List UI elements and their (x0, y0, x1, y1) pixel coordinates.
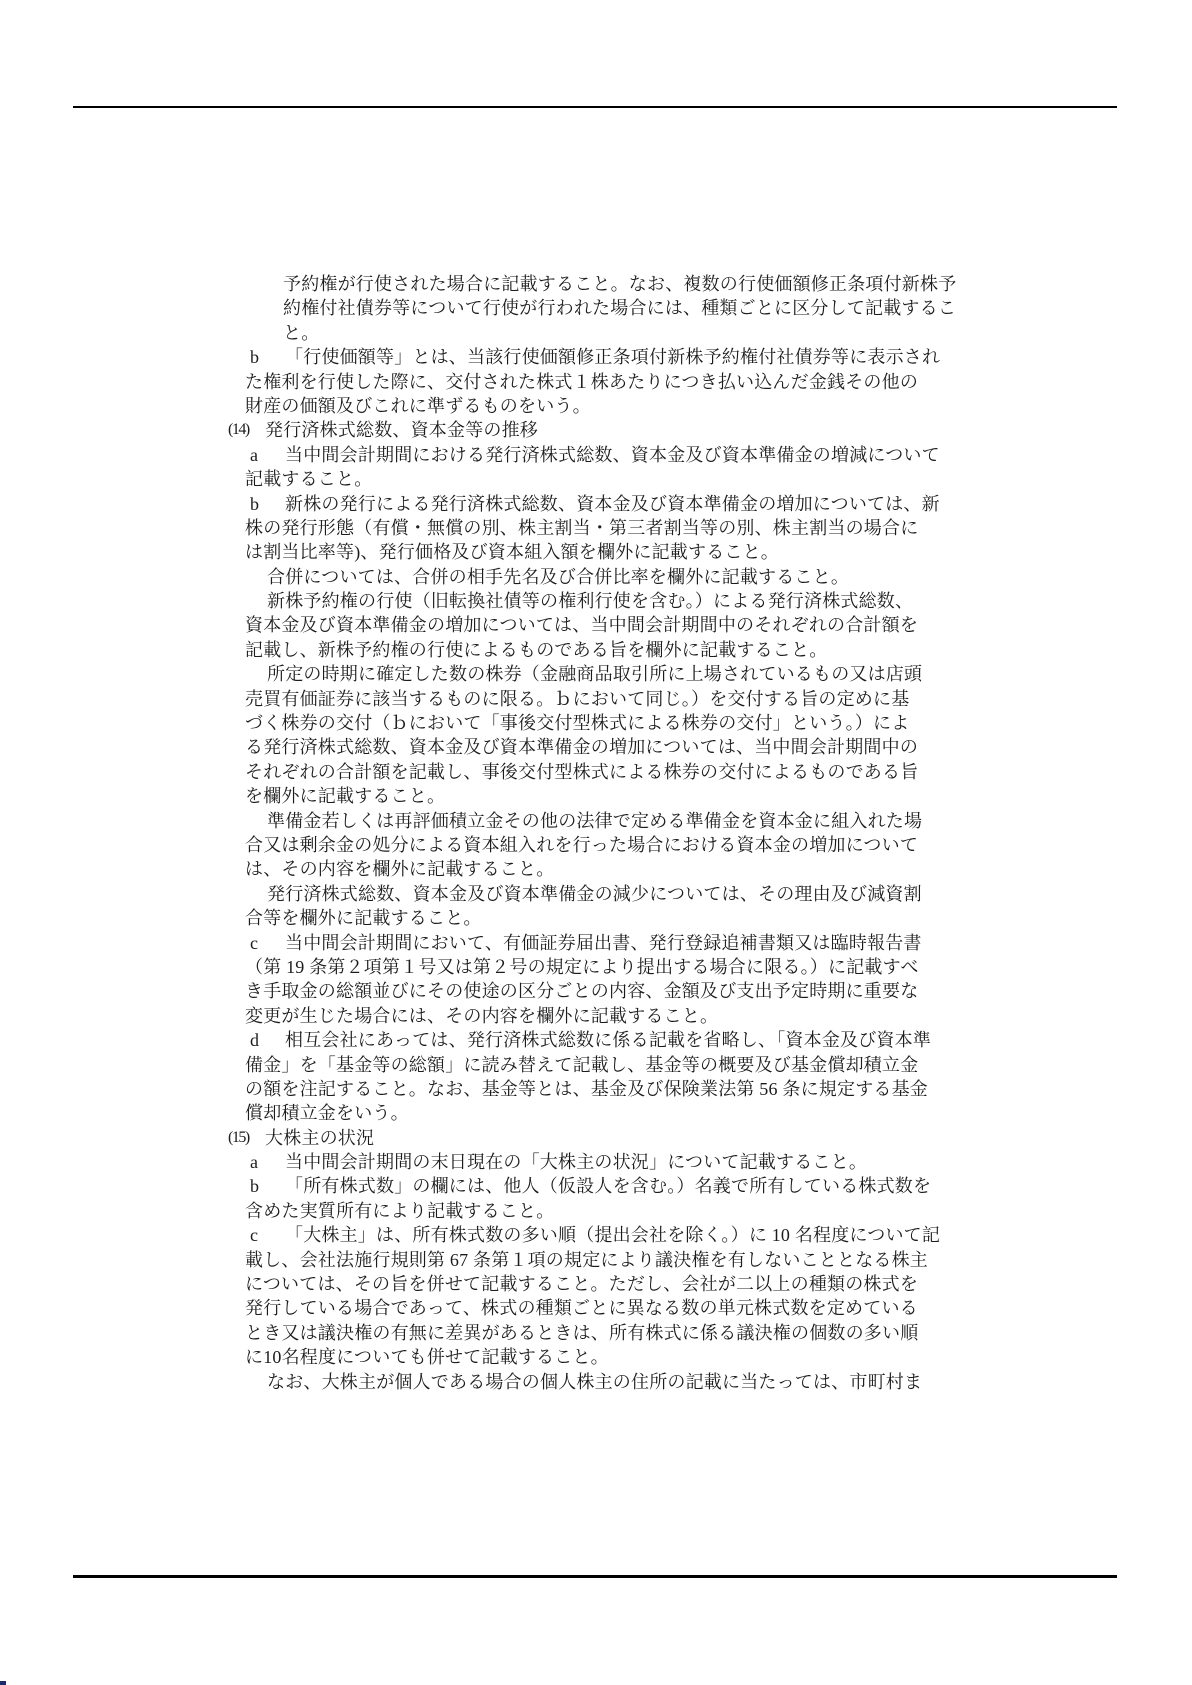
text-line: 株の発行形態（有償・無償の別、株主割当・第三者割当等の別、株主割当の場合に (245, 516, 1192, 540)
text-line: 変更が生じた場合には、その内容を欄外に記載すること。 (245, 1004, 1192, 1028)
text-line: 所定の時期に確定した数の株券（金融商品取引所に上場されているもの又は店頭 (267, 662, 1192, 686)
line-text: 「行使価額等」とは、当該行使価額修正条項付新株予約権付社債券等に表示され (285, 347, 940, 367)
text-line: き手取金の総額並びにその使途の区分ごとの内容、金額及び支出予定時期に重要な (245, 979, 1192, 1003)
line-text: 当中間会計期間における発行済株式総数、資本金及び資本準備金の増減について (285, 445, 940, 465)
text-line: 新株予約権の行使（旧転換社債等の権利行使を含む。）による発行済株式総数、 (267, 589, 1192, 613)
text-line: た権利を行使した際に、交付された株式１株あたりにつき払い込んだ金銭その他の (245, 370, 1192, 394)
text-line: と。 (283, 321, 1192, 345)
text-line: 予約権が行使された場合に記載すること。なお、複数の行使価額修正条項付新株予 (283, 272, 1192, 296)
text-line: それぞれの合計額を記載し、事後交付型株式による株券の交付によるものである旨 (245, 760, 1192, 784)
item-letter-marker: b (250, 492, 259, 516)
line-text: 新株の発行による発行済株式総数、資本金及び資本準備金の増加については、新 (285, 494, 940, 514)
item-letter-marker: c (250, 931, 258, 955)
page-top-rule (73, 106, 1117, 108)
section-heading: (14)発行済株式総数、資本金等の推移 (265, 418, 1192, 442)
text-line: 約権付社債券等について行使が行われた場合には、種類ごとに区分して記載するこ (283, 296, 1192, 320)
text-line: 記載し、新株予約権の行使によるものである旨を欄外に記載すること。 (245, 638, 1192, 662)
scan-artifact (0, 1681, 6, 1685)
text-line: 売買有価証券に該当するものに限る。ｂにおいて同じ。）を交付する旨の定めに基 (245, 687, 1192, 711)
text-line: とき又は議決権の有無に差異があるときは、所有株式に係る議決権の個数の多い順 (245, 1321, 1192, 1345)
section-number-marker: (14) (228, 418, 249, 442)
text-line: 記載すること。 (245, 467, 1192, 491)
text-line: 準備金若しくは再評価積立金その他の法律で定める準備金を資本金に組入れた場 (267, 809, 1192, 833)
section-title-text: 発行済株式総数、資本金等の推移 (265, 420, 538, 440)
text-line: 合又は剰余金の処分による資本組入れを行った場合における資本金の増加について (245, 833, 1192, 857)
line-text: 「所有株式数」の欄には、他人（仮設人を含む。）名義で所有している株式数を (285, 1176, 931, 1196)
line-text: 「大株主」は、所有株式数の多い順（提出会社を除く。）に 10 名程度について記 (285, 1225, 940, 1245)
text-line: 載し、会社法施行規則第 67 条第１項の規定により議決権を有しないこととなる株主 (245, 1248, 1192, 1272)
text-line: に10名程度についても併せて記載すること。 (245, 1345, 1192, 1369)
item-line: c当中間会計期間において、有価証券届出書、発行登録追補書類又は臨時報告書 (285, 931, 1192, 955)
document-text-block: 予約権が行使された場合に記載すること。なお、複数の行使価額修正条項付新株予 約権… (0, 272, 1192, 1394)
item-line: c「大株主」は、所有株式数の多い順（提出会社を除く。）に 10 名程度について記 (285, 1223, 1192, 1247)
line-text: 相互会社にあっては、発行済株式総数に係る記載を省略し、「資本金及び資本準 (285, 1030, 931, 1050)
text-line: （第 19 条第２項第１号又は第２号の規定により提出する場合に限る。）に記載すべ (245, 955, 1192, 979)
item-line: a当中間会計期間の末日現在の「大株主の状況」について記載すること。 (285, 1150, 1192, 1174)
item-line: a当中間会計期間における発行済株式総数、資本金及び資本準備金の増減について (285, 443, 1192, 467)
text-line: 償却積立金をいう。 (245, 1101, 1192, 1125)
line-text: 当中間会計期間の末日現在の「大株主の状況」について記載すること。 (285, 1152, 867, 1172)
item-letter-marker: b (250, 345, 259, 369)
text-line: 財産の価額及びこれに準ずるものをいう。 (245, 394, 1192, 418)
item-line: b「行使価額等」とは、当該行使価額修正条項付新株予約権付社債券等に表示され (285, 345, 1192, 369)
text-line: 発行済株式総数、資本金及び資本準備金の減少については、その理由及び減資割 (267, 882, 1192, 906)
text-line: づく株券の交付（ｂにおいて「事後交付型株式による株券の交付」という。）によ (245, 711, 1192, 735)
section-heading: (15)大株主の状況 (265, 1126, 1192, 1150)
item-line: b「所有株式数」の欄には、他人（仮設人を含む。）名義で所有している株式数を (285, 1174, 1192, 1198)
text-line: る発行済株式総数、資本金及び資本準備金の増加については、当中間会計期間中の (245, 735, 1192, 759)
text-line: を欄外に記載すること。 (245, 784, 1192, 808)
section-number-marker: (15) (228, 1126, 249, 1150)
text-line: は、その内容を欄外に記載すること。 (245, 857, 1192, 881)
item-line: b新株の発行による発行済株式総数、資本金及び資本準備金の増加については、新 (285, 492, 1192, 516)
text-line: 合併については、合併の相手先名及び合併比率を欄外に記載すること。 (267, 565, 1192, 589)
text-line: 資本金及び資本準備金の増加については、当中間会計期間中のそれぞれの合計額を (245, 613, 1192, 637)
text-line: 発行している場合であって、株式の種類ごとに異なる数の単元株式数を定めている (245, 1296, 1192, 1320)
item-letter-marker: a (250, 1150, 258, 1174)
text-line: 備金」を「基金等の総額」に読み替えて記載し、基金等の概要及び基金償却積立金 (245, 1053, 1192, 1077)
line-text: 当中間会計期間において、有価証券届出書、発行登録追補書類又は臨時報告書 (285, 933, 922, 953)
section-title-text: 大株主の状況 (265, 1128, 374, 1148)
page-bottom-rule (73, 1575, 1117, 1578)
text-line: の額を注記すること。なお、基金等とは、基金及び保険業法第 56 条に規定する基金 (245, 1077, 1192, 1101)
item-letter-marker: c (250, 1223, 258, 1247)
text-line: 合等を欄外に記載すること。 (245, 906, 1192, 930)
item-letter-marker: d (250, 1028, 259, 1052)
item-letter-marker: a (250, 443, 258, 467)
item-line: d相互会社にあっては、発行済株式総数に係る記載を省略し、「資本金及び資本準 (285, 1028, 1192, 1052)
text-line: なお、大株主が個人である場合の個人株主の住所の記載に当たっては、市町村ま (267, 1370, 1192, 1394)
text-line: は割当比率等)、発行価格及び資本組入額を欄外に記載すること。 (245, 540, 1192, 564)
text-line: については、その旨を併せて記載すること。ただし、会社が二以上の種類の株式を (245, 1272, 1192, 1296)
text-line: 含めた実質所有により記載すること。 (245, 1199, 1192, 1223)
item-letter-marker: b (250, 1174, 259, 1198)
